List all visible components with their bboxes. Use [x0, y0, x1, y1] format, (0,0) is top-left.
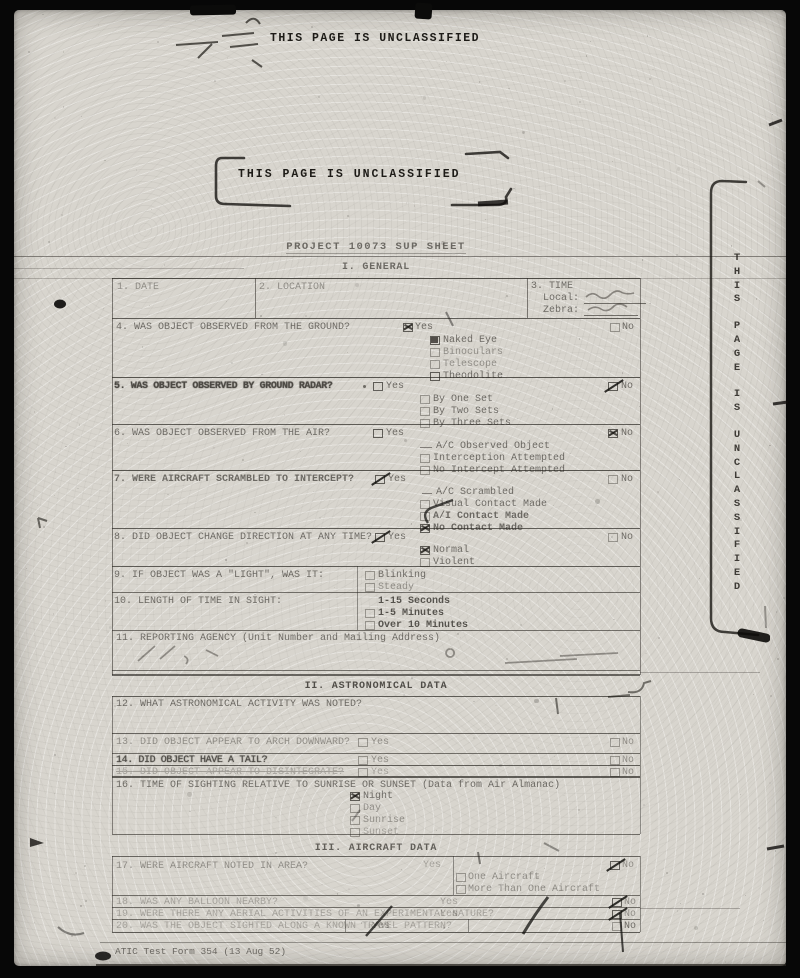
q5-option-checkbox — [420, 419, 430, 428]
q19-no-label: No — [624, 909, 636, 920]
q15-yes-checkbox — [358, 768, 368, 777]
q4-option-label: Telescope — [443, 359, 497, 370]
form-border — [112, 895, 640, 896]
q8-yes-checkbox — [375, 533, 385, 542]
field-time-zebra-label: Zebra: — [543, 305, 579, 316]
q13-yes-label: Yes — [371, 737, 389, 748]
q13-yes-checkbox — [358, 738, 368, 747]
form-border — [357, 566, 358, 630]
q4-yes-label: Yes — [415, 322, 433, 333]
q14-no-label: No — [622, 755, 634, 766]
question-7-label: 7. WERE AIRCRAFT SCRAMBLED TO INTERCEPT? — [114, 474, 354, 485]
q7-option-label: A/I Contact Made — [433, 511, 529, 522]
form-border — [112, 278, 640, 279]
form-border — [112, 592, 640, 593]
scan-line — [96, 964, 786, 966]
scan-line — [14, 256, 786, 257]
q16-option-label: Day — [363, 803, 381, 814]
question-14-label: 14. DID OBJECT HAVE A TAIL? — [116, 755, 267, 766]
q16-option-label: Night — [363, 791, 393, 802]
q7-option-label: A/C Scrambled — [436, 487, 514, 498]
q7-yes-label: Yes — [388, 474, 406, 485]
scan-line — [100, 942, 786, 943]
question-13-label: 13. DID OBJECT APPEAR TO ARCH DOWNWARD? — [116, 737, 350, 748]
form-border — [640, 856, 641, 932]
q16-option-checkbox — [350, 792, 360, 801]
field-time-label: 3. TIME — [531, 281, 573, 292]
question-5-label: 5. WAS OBJECT OBSERVED BY GROUND RADAR? — [114, 381, 332, 392]
q5-no-label: No — [621, 381, 633, 392]
q5-option-label: By Three Sets — [433, 418, 511, 429]
q6-no-checkbox — [608, 429, 618, 438]
q8-yes-label: Yes — [388, 532, 406, 543]
q9-option-checkbox — [365, 583, 375, 592]
q5-option-label: By One Set — [433, 394, 493, 405]
side-stamp-letters: THISPAGEISUNCLASSIFIED — [730, 252, 744, 595]
form-border — [112, 753, 640, 754]
form-border — [640, 278, 641, 675]
q16-option-checkbox — [350, 804, 360, 813]
q4-option-checkbox — [430, 348, 440, 357]
field-date-label: 1. DATE — [117, 282, 159, 293]
q20-no-checkbox — [612, 922, 622, 931]
scan-line — [640, 908, 740, 909]
q10-option-checkbox — [365, 621, 375, 630]
q17-option-checkbox — [456, 873, 466, 882]
side-unclassified-stamp: THISPAGEISUNCLASSIFIED — [706, 176, 770, 644]
q9-option-label: Steady — [378, 582, 414, 593]
q4-option-checkbox — [430, 372, 440, 381]
q6-yes-label: Yes — [386, 428, 404, 439]
stamp-unclassified-banner: THIS PAGE IS UNCLASSIFIED — [238, 169, 461, 180]
form-border — [112, 318, 640, 319]
q17-option-label: One Aircraft — [468, 872, 540, 883]
form-border — [255, 278, 256, 318]
top-unclassified-banner: THIS PAGE IS UNCLASSIFIED — [270, 33, 480, 44]
form-border — [640, 696, 641, 834]
section-astronomical-heading: II. ASTRONOMICAL DATA — [112, 681, 640, 692]
q5-option-label: By Two Sets — [433, 406, 499, 417]
stray-mark — [420, 447, 432, 448]
q6-yes-checkbox — [373, 429, 383, 438]
scan-edge-smudge — [414, 2, 432, 19]
form-border — [527, 278, 528, 318]
q6-option-checkbox — [420, 466, 430, 475]
q16-option-label: Sunrise — [363, 815, 405, 826]
form-border — [453, 856, 454, 895]
q8-no-checkbox — [608, 533, 618, 542]
form-border — [112, 278, 113, 675]
q16-option-checkbox — [350, 816, 360, 825]
q6-option-checkbox — [420, 454, 430, 463]
q4-option-label: Binoculars — [443, 347, 503, 358]
question-11-label: 11. REPORTING AGENCY (Unit Number and Ma… — [116, 633, 440, 644]
question-15-label: 15. DID OBJECT APPEAR TO DISINTEGRATE? — [116, 767, 344, 778]
q16-option-label: Sunset — [363, 827, 399, 838]
question-18-label: 18. WAS ANY BALLOON NEARBY? — [116, 897, 278, 908]
q19-yes-label: Yes — [440, 909, 458, 920]
q6-option-label: A/C Observed Object — [436, 441, 550, 452]
q10-option-label: 1-15 Seconds — [378, 596, 450, 607]
form-border — [468, 919, 469, 932]
field-location-label: 2. LOCATION — [259, 282, 325, 293]
form-number-footer: ATIC Test Form 354 (13 Aug 52) — [115, 946, 286, 957]
q7-no-checkbox — [608, 475, 618, 484]
q6-no-label: No — [621, 428, 633, 439]
q4-option-checkbox — [430, 360, 440, 369]
form-border — [112, 424, 640, 425]
q17-option-checkbox — [456, 885, 466, 894]
form-border — [112, 377, 640, 378]
q8-option-label: Normal — [433, 545, 469, 556]
form-border — [112, 932, 640, 933]
q7-no-label: No — [621, 474, 633, 485]
q4-no-label: No — [622, 322, 634, 333]
handwritten-entry-underline — [584, 315, 638, 316]
stray-mark — [422, 493, 432, 494]
q6-option-label: Interception Attempted — [433, 453, 565, 464]
q5-option-checkbox — [420, 407, 430, 416]
q14-yes-label: Yes — [371, 755, 389, 766]
q5-yes-checkbox — [373, 382, 383, 391]
q17-no-checkbox — [610, 861, 620, 870]
q5-no-checkbox — [608, 382, 618, 391]
field-time-local-label: Local: — [543, 293, 579, 304]
question-4-label: 4. WAS OBJECT OBSERVED FROM THE GROUND? — [116, 322, 350, 333]
q10-option-label: Over 10 Minutes — [378, 620, 468, 631]
stray-dot — [363, 385, 366, 388]
q9-option-checkbox — [365, 571, 375, 580]
question-17-label: 17. WERE AIRCRAFT NOTED IN AREA? — [116, 861, 308, 872]
question-12-label: 12. WHAT ASTRONOMICAL ACTIVITY WAS NOTED… — [116, 699, 362, 710]
q14-no-checkbox — [610, 756, 620, 765]
q13-no-checkbox — [610, 738, 620, 747]
q15-no-label: No — [622, 767, 634, 778]
form-border — [112, 670, 640, 671]
q7-option-checkbox — [420, 524, 430, 533]
q9-option-label: Blinking — [378, 570, 426, 581]
q17-yes-label: Yes — [423, 860, 441, 871]
scan-edge-smudge — [190, 5, 236, 16]
q4-yes-checkbox — [403, 323, 413, 332]
form-title: PROJECT 10073 SUP SHEET — [112, 242, 640, 253]
q17-option-label: More Than One Aircraft — [468, 884, 600, 895]
q15-no-checkbox — [610, 768, 620, 777]
q10-option-checkbox — [365, 609, 375, 618]
question-10-label: 10. LENGTH OF TIME IN SIGHT: — [114, 596, 282, 607]
q7-yes-checkbox — [375, 475, 385, 484]
form-border — [112, 630, 640, 631]
q7-option-label: No Contact Made — [433, 523, 523, 534]
q7-option-label: Visual Contact Made — [433, 499, 547, 510]
question-16-label: 16. TIME OF SIGHTING RELATIVE TO SUNRISE… — [116, 780, 560, 791]
form-border — [112, 856, 113, 932]
q14-yes-checkbox — [358, 756, 368, 765]
section-aircraft-heading: III. AIRCRAFT DATA — [112, 843, 640, 854]
q4-no-checkbox — [610, 323, 620, 332]
q20-no-label: No — [624, 921, 636, 932]
q18-yes-label: Yes — [440, 897, 458, 908]
q17-no-label: No — [622, 860, 634, 871]
question-6-label: 6. WAS OBJECT OBSERVED FROM THE AIR? — [114, 428, 330, 439]
form-border — [112, 696, 113, 834]
q18-no-checkbox — [612, 898, 622, 907]
scanned-document-page: { "page": { "top_banner": "THIS PAGE IS … — [0, 0, 800, 978]
question-9-label: 9. IF OBJECT WAS A "LIGHT", WAS IT: — [114, 570, 324, 581]
form-border — [112, 528, 640, 529]
scan-line — [640, 672, 760, 673]
question-8-label: 8. DID OBJECT CHANGE DIRECTION AT ANY TI… — [114, 532, 372, 543]
form-border — [112, 696, 640, 697]
q5-yes-label: Yes — [386, 381, 404, 392]
q16-option-checkbox — [350, 828, 360, 837]
q7-option-checkbox — [420, 512, 430, 521]
q4-option-label: Naked Eye — [443, 335, 497, 346]
q8-option-checkbox — [420, 558, 430, 567]
q7-option-checkbox — [420, 500, 430, 509]
q4-option-checkbox — [430, 336, 440, 345]
q13-no-label: No — [622, 737, 634, 748]
question-19-label: 19. WERE THERE ANY AERIAL ACTIVITIES OF … — [116, 909, 494, 920]
q6-option-label: No Intercept Attempted — [433, 465, 565, 476]
q10-option-label: 1-5 Minutes — [378, 608, 444, 619]
q19-no-checkbox — [612, 910, 622, 919]
q8-option-checkbox — [420, 546, 430, 555]
q4-option-label: Theodolite — [443, 371, 503, 382]
q8-no-label: No — [621, 532, 633, 543]
q8-option-label: Violent — [433, 557, 475, 568]
q15-yes-label: Yes — [371, 767, 389, 778]
q20-yes-label: Yes — [372, 921, 390, 932]
form-border — [112, 674, 640, 676]
handwritten-entry-underline — [584, 303, 646, 304]
form-border — [112, 856, 640, 857]
scan-line — [14, 278, 112, 279]
section-general-heading: I. GENERAL — [112, 262, 640, 273]
q5-option-checkbox — [420, 395, 430, 404]
question-20-label: 20. WAS THE OBJECT SIGHTED ALONG A KNOWN… — [116, 921, 452, 932]
form-border — [112, 733, 640, 734]
form-border — [112, 566, 640, 567]
